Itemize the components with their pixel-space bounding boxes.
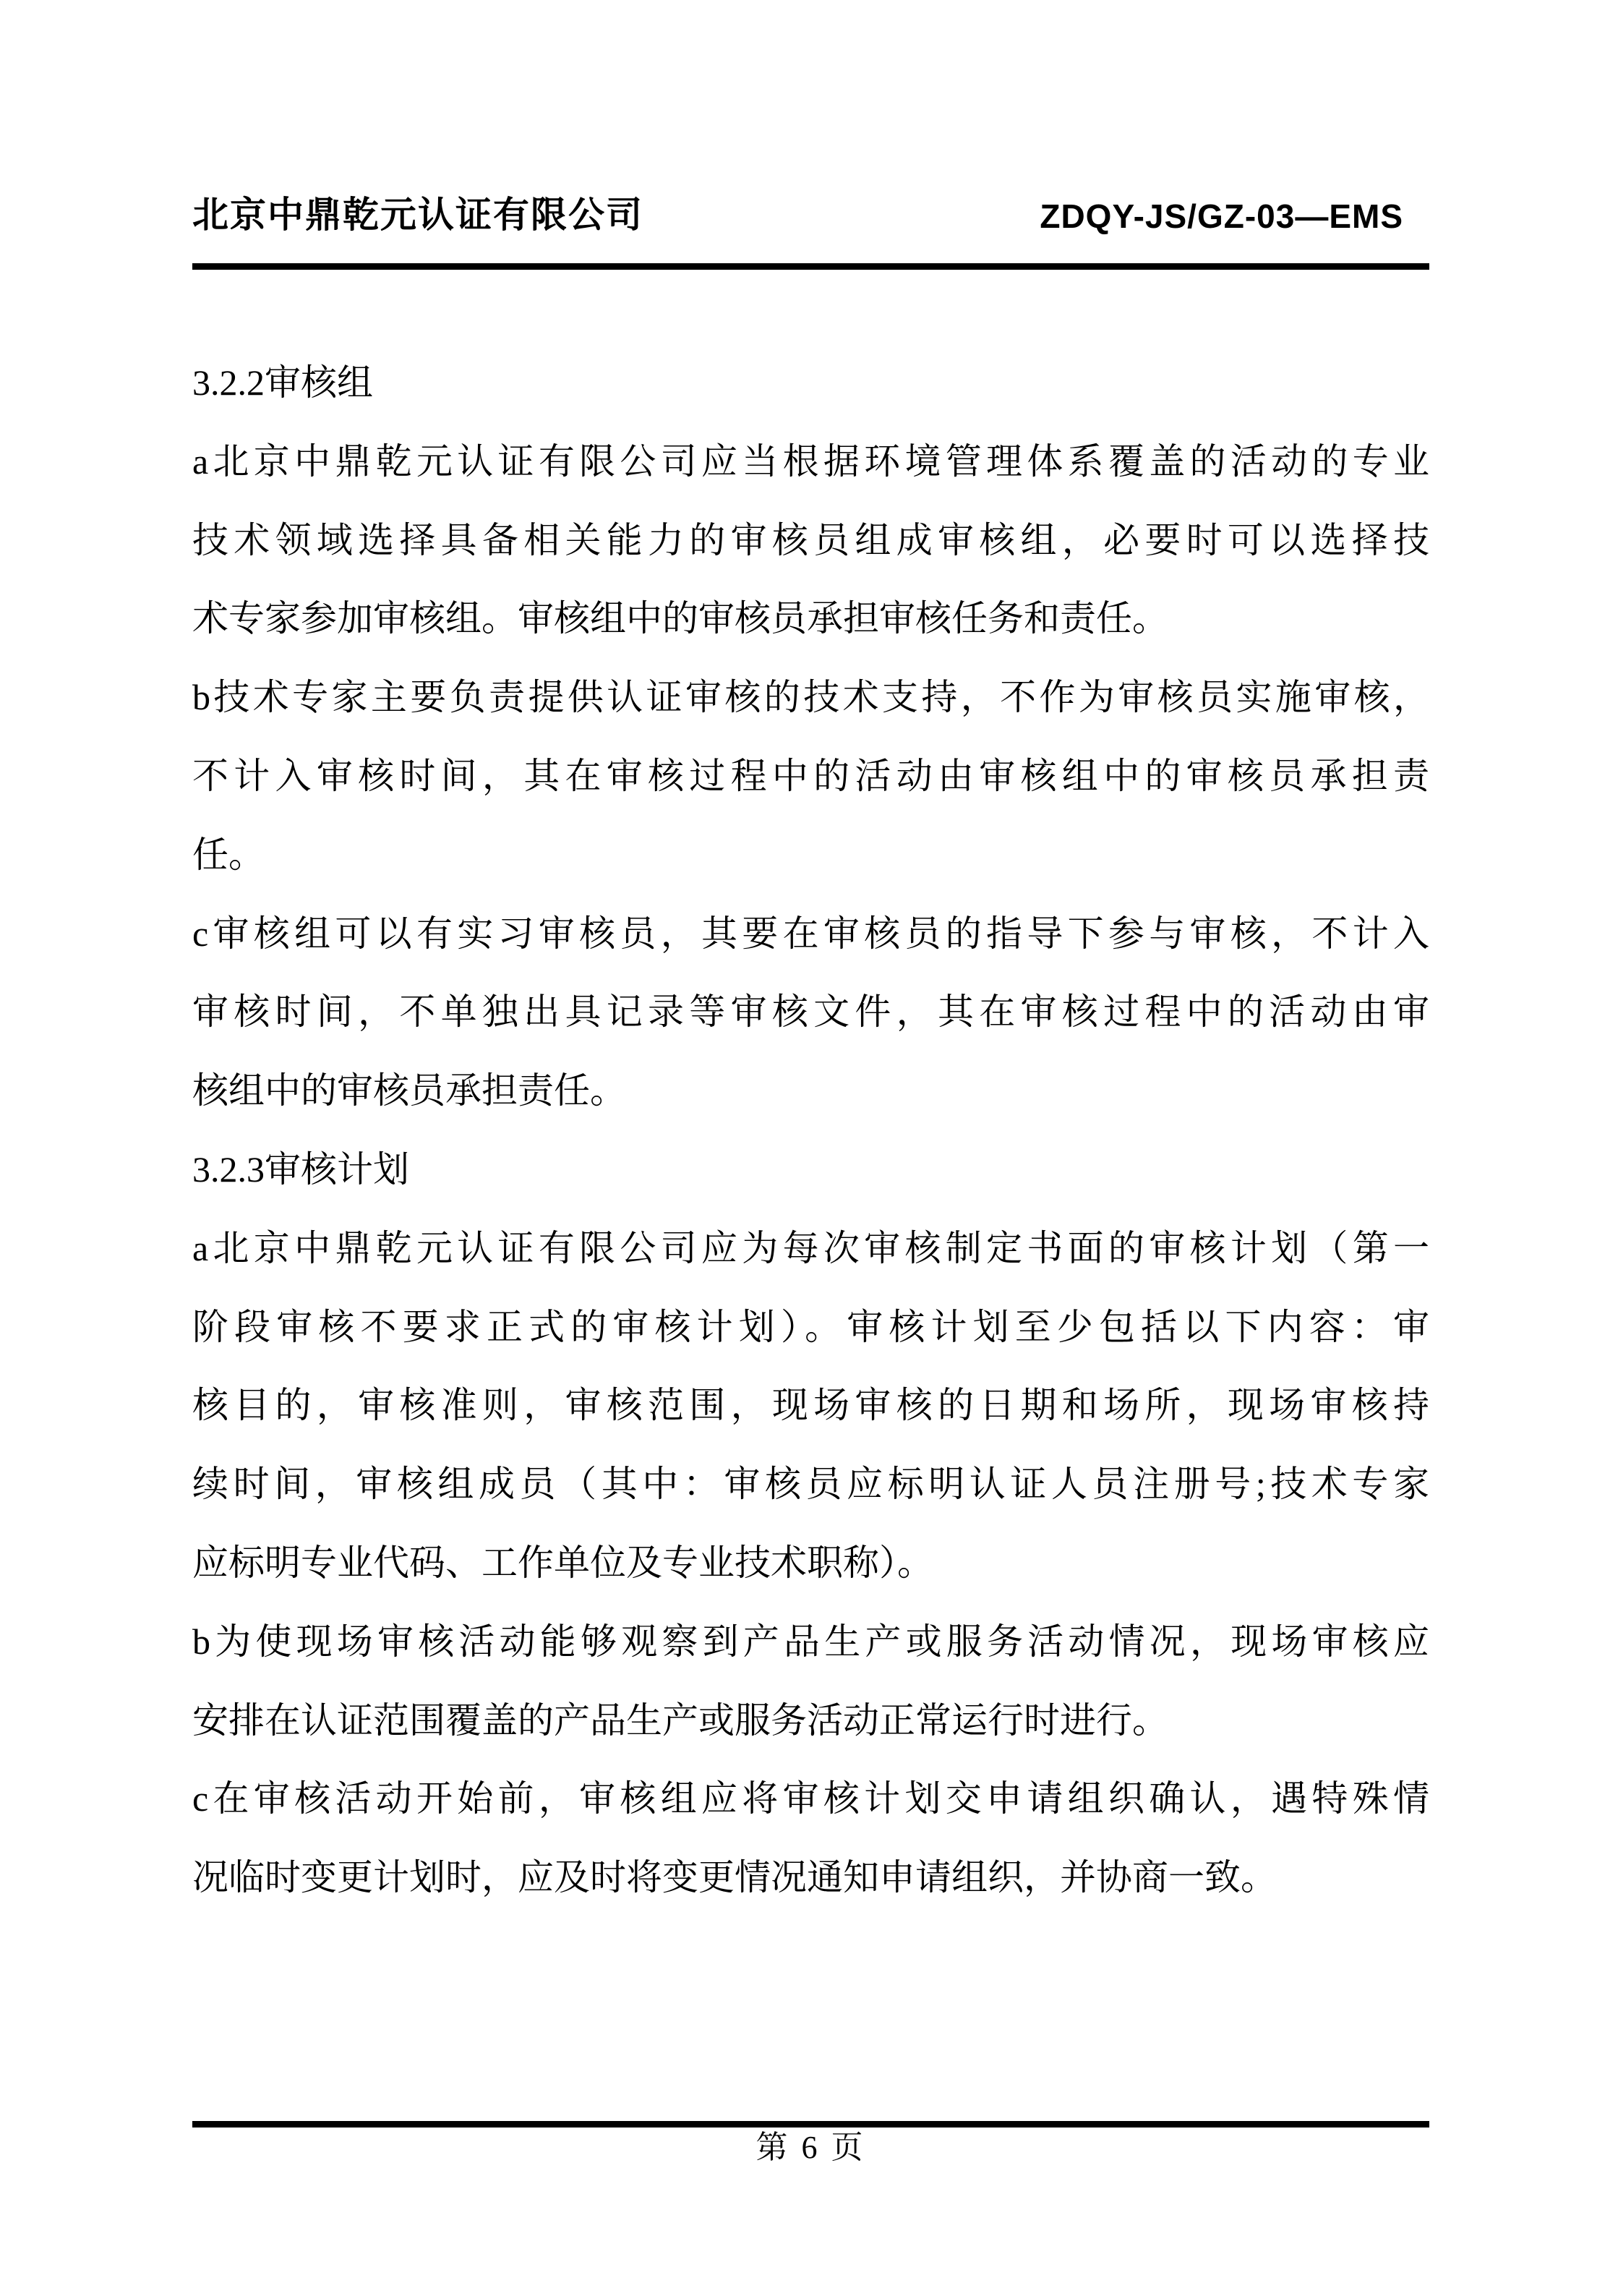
header-doc-code: ZDQY-JS/GZ-03—EMS <box>1040 200 1403 233</box>
header-company-name: 北京中鼎乾元认证有限公司 <box>192 197 643 233</box>
text-line: 术专家参加审核组。审核组中的审核员承担审核任务和责任。 <box>192 579 1429 658</box>
document-body: 3.2.2审核组 a北京中鼎乾元认证有限公司应当根据环境管理体系覆盖的活动的专业… <box>192 343 1429 1917</box>
text-line: c审核组可以有实习审核员，其要在审核员的指导下参与审核，不计入 <box>192 895 1429 973</box>
text-line: 技术领域选择具备相关能力的审核员组成审核组，必要时可以选择技 <box>192 501 1429 580</box>
text-line: c在审核活动开始前，审核组应将审核计划交申请组织确认，遇特殊情 <box>192 1759 1429 1838</box>
page-header: 北京中鼎乾元认证有限公司 ZDQY-JS/GZ-03—EMS <box>192 197 1429 233</box>
text-line: 况临时变更计划时，应及时将变更情况通知申请组织，并协商一致。 <box>192 1838 1429 1917</box>
text-line: 阶段审核不要求正式的审核计划）。审核计划至少包括以下内容：审 <box>192 1288 1429 1367</box>
text-line: a北京中鼎乾元认证有限公司应当根据环境管理体系覆盖的活动的专业 <box>192 422 1429 501</box>
document-page: 北京中鼎乾元认证有限公司 ZDQY-JS/GZ-03—EMS 3.2.2审核组 … <box>0 0 1618 2296</box>
text-line: 3.2.2审核组 <box>192 343 1429 422</box>
text-line: 核组中的审核员承担责任。 <box>192 1051 1429 1130</box>
footer-rule <box>192 2121 1429 2128</box>
text-line: 应标明专业代码、工作单位及专业技术职称）。 <box>192 1524 1429 1602</box>
text-line: b技术专家主要负责提供认证审核的技术支持，不作为审核员实施审核， <box>192 658 1429 737</box>
text-line: 任。 <box>192 816 1429 895</box>
text-line: b为使现场审核活动能够观察到产品生产或服务活动情况，现场审核应 <box>192 1602 1429 1681</box>
text-line: 安排在认证范围覆盖的产品生产或服务活动正常运行时进行。 <box>192 1681 1429 1760</box>
text-line: 不计入审核时间，其在审核过程中的活动由审核组中的审核员承担责 <box>192 737 1429 816</box>
text-line: 续时间，审核组成员（其中：审核员应标明认证人员注册号;技术专家 <box>192 1445 1429 1524</box>
text-line: a北京中鼎乾元认证有限公司应为每次审核制定书面的审核计划（第一 <box>192 1209 1429 1288</box>
text-line: 核目的，审核准则，审核范围，现场审核的日期和场所，现场审核持 <box>192 1366 1429 1445</box>
text-line: 3.2.3审核计划 <box>192 1130 1429 1209</box>
text-line: 审核时间，不单独出具记录等审核文件，其在审核过程中的活动由审 <box>192 973 1429 1051</box>
header-rule <box>192 263 1429 270</box>
page-number: 第 6 页 <box>192 2132 1429 2164</box>
